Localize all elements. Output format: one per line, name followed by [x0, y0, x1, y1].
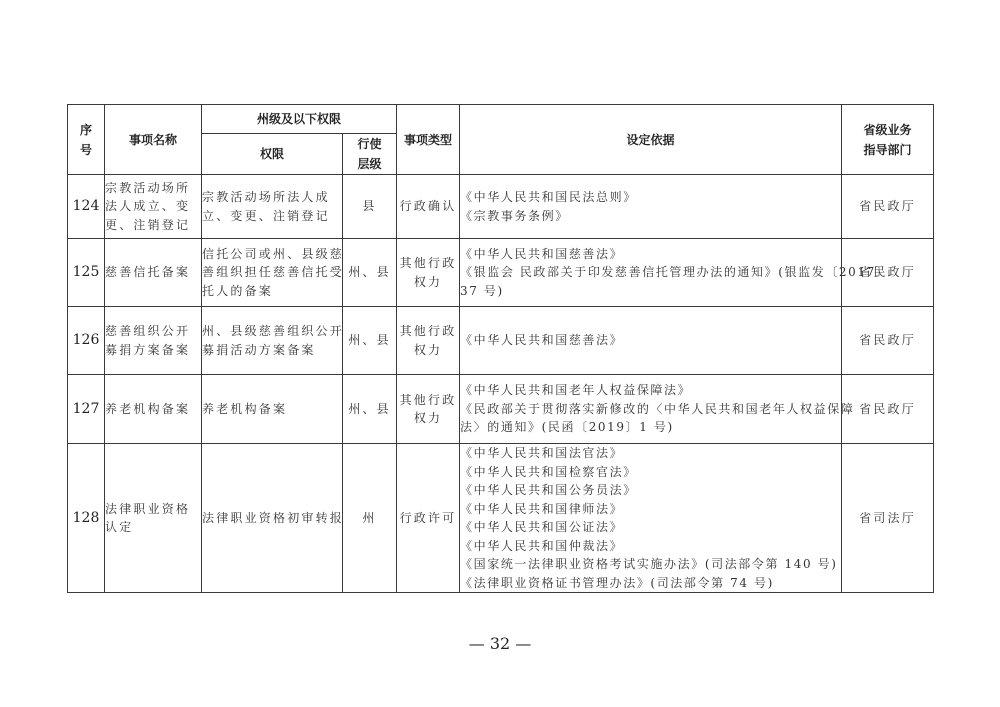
- power-list-table: 序 号 事项名称 州级及以下权限 事项类型 设定依据 省级业务 指导部门 权限 …: [67, 104, 934, 593]
- cell-seq: 127: [68, 375, 105, 444]
- table-row: 128法律职业资格认定法律职业资格初审转报州行政许可《中华人民共和国法官法》《中…: [68, 444, 934, 593]
- header-level: 行使 层级: [343, 134, 397, 175]
- table-row: 126慈善组织公开募捐方案备案州、县级慈善组织公开募捐活动方案备案州、县其他行政…: [68, 307, 934, 375]
- cell-basis: 《中华人民共和国老年人权益保障法》《民政部关于贯彻落实新修改的〈中华人民共和国老…: [460, 375, 842, 444]
- basis-line: 《中华人民共和国公证法》: [460, 518, 841, 537]
- authority-line: 信托公司或州、县级慈: [202, 245, 342, 264]
- cell-level: 州、县: [343, 307, 397, 375]
- table-row: 127养老机构备案养老机构备案州、县其他行政权力《中华人民共和国老年人权益保障法…: [68, 375, 934, 444]
- table-row: 125慈善信托备案信托公司或州、县级慈善组织担任慈善信托受托人的备案州、县其他行…: [68, 239, 934, 307]
- cell-basis: 《中华人民共和国慈善法》《银监会 民政部关于印发慈善信托管理办法的通知》(银监发…: [460, 239, 842, 307]
- cell-authority: 养老机构备案: [202, 375, 343, 444]
- authority-line: 立、变更、注销登记: [202, 207, 342, 226]
- basis-line: 《国家统一法律职业资格考试实施办法》(司法部令第 140 号): [460, 555, 841, 574]
- authority-line: 养老机构备案: [202, 400, 342, 419]
- cell-item-name: 养老机构备案: [105, 375, 202, 444]
- type-line: 权力: [397, 273, 459, 292]
- name-line: 慈善组织公开: [105, 322, 201, 341]
- header-seq: 序 号: [68, 105, 105, 175]
- cell-level: 州: [343, 444, 397, 593]
- basis-line: 《中华人民共和国老年人权益保障法》: [460, 381, 841, 400]
- cell-seq: 126: [68, 307, 105, 375]
- cell-item-name: 慈善组织公开募捐方案备案: [105, 307, 202, 375]
- name-line: 募捐方案备案: [105, 341, 201, 360]
- authority-line: 州、县级慈善组织公开: [202, 322, 342, 341]
- type-line: 行政许可: [397, 509, 459, 528]
- basis-line: 《中华人民共和国法官法》: [460, 444, 841, 463]
- name-line: 法人成立、变: [105, 197, 201, 216]
- header-item-name: 事项名称: [105, 105, 202, 175]
- cell-level: 州、县: [343, 239, 397, 307]
- cell-basis: 《中华人民共和国民法总则》《宗教事务条例》: [460, 175, 842, 239]
- cell-level: 州、县: [343, 375, 397, 444]
- cell-authority: 信托公司或州、县级慈善组织担任慈善信托受托人的备案: [202, 239, 343, 307]
- type-line: 其他行政: [397, 254, 459, 273]
- cell-item-name: 法律职业资格认定: [105, 444, 202, 593]
- cell-level: 县: [343, 175, 397, 239]
- basis-line: 《法律职业资格证书管理办法》(司法部令第 74 号): [460, 574, 841, 593]
- basis-line: 《宗教事务条例》: [460, 207, 841, 226]
- basis-line: 《中华人民共和国检察官法》: [460, 463, 841, 482]
- cell-basis: 《中华人民共和国法官法》《中华人民共和国检察官法》《中华人民共和国公务员法》《中…: [460, 444, 842, 593]
- basis-line: 《银监会 民政部关于印发慈善信托管理办法的通知》(银监发〔2017〕: [460, 263, 841, 282]
- cell-basis: 《中华人民共和国慈善法》: [460, 307, 842, 375]
- table-row: 124宗教活动场所法人成立、变更、注销登记宗教活动场所法人成立、变更、注销登记县…: [68, 175, 934, 239]
- name-line: 慈善信托备案: [105, 263, 201, 282]
- basis-line: 《中华人民共和国民法总则》: [460, 188, 841, 207]
- header-authority: 权限: [202, 134, 343, 175]
- basis-line: 《中华人民共和国慈善法》: [460, 331, 841, 350]
- cell-authority: 州、县级慈善组织公开募捐活动方案备案: [202, 307, 343, 375]
- header-basis: 设定依据: [460, 105, 842, 175]
- authority-line: 托人的备案: [202, 282, 342, 301]
- header-group-prefecture-authority: 州级及以下权限: [202, 105, 397, 134]
- header-item-type: 事项类型: [397, 105, 460, 175]
- document-page: 序 号 事项名称 州级及以下权限 事项类型 设定依据 省级业务 指导部门 权限 …: [0, 0, 1000, 707]
- name-line: 养老机构备案: [105, 400, 201, 419]
- table-body: 124宗教活动场所法人成立、变更、注销登记宗教活动场所法人成立、变更、注销登记县…: [68, 175, 934, 593]
- name-line: 宗教活动场所: [105, 179, 201, 198]
- cell-item-type: 其他行政权力: [397, 307, 460, 375]
- basis-line: 37 号): [460, 282, 841, 301]
- authority-line: 善组织担任慈善信托受: [202, 263, 342, 282]
- basis-line: 《民政部关于贯彻落实新修改的〈中华人民共和国老年人权益保障: [460, 400, 841, 419]
- cell-dept: 省民政厅: [842, 375, 934, 444]
- type-line: 其他行政: [397, 391, 459, 410]
- cell-seq: 124: [68, 175, 105, 239]
- cell-seq: 125: [68, 239, 105, 307]
- basis-line: 《中华人民共和国仲裁法》: [460, 537, 841, 556]
- basis-line: 《中华人民共和国慈善法》: [460, 245, 841, 264]
- header-dept: 省级业务 指导部门: [842, 105, 934, 175]
- cell-authority: 法律职业资格初审转报: [202, 444, 343, 593]
- cell-dept: 省民政厅: [842, 307, 934, 375]
- type-line: 行政确认: [397, 197, 459, 216]
- basis-line: 法〉的通知》(民函〔2019〕1 号): [460, 418, 841, 437]
- cell-item-type: 其他行政权力: [397, 375, 460, 444]
- authority-line: 宗教活动场所法人成: [202, 188, 342, 207]
- basis-line: 《中华人民共和国律师法》: [460, 500, 841, 519]
- basis-line: 《中华人民共和国公务员法》: [460, 481, 841, 500]
- cell-dept: 省民政厅: [842, 175, 934, 239]
- cell-item-type: 行政许可: [397, 444, 460, 593]
- authority-line: 募捐活动方案备案: [202, 341, 342, 360]
- table-header: 序 号 事项名称 州级及以下权限 事项类型 设定依据 省级业务 指导部门 权限 …: [68, 105, 934, 175]
- authority-line: 法律职业资格初审转报: [202, 509, 342, 528]
- cell-item-type: 行政确认: [397, 175, 460, 239]
- cell-item-type: 其他行政权力: [397, 239, 460, 307]
- cell-dept: 省司法厅: [842, 444, 934, 593]
- cell-authority: 宗教活动场所法人成立、变更、注销登记: [202, 175, 343, 239]
- page-number: — 32 —: [0, 634, 1000, 653]
- cell-item-name: 慈善信托备案: [105, 239, 202, 307]
- name-line: 更、注销登记: [105, 216, 201, 235]
- type-line: 其他行政: [397, 322, 459, 341]
- type-line: 权力: [397, 409, 459, 428]
- cell-item-name: 宗教活动场所法人成立、变更、注销登记: [105, 175, 202, 239]
- name-line: 法律职业资格: [105, 500, 201, 519]
- type-line: 权力: [397, 341, 459, 360]
- cell-seq: 128: [68, 444, 105, 593]
- name-line: 认定: [105, 518, 201, 537]
